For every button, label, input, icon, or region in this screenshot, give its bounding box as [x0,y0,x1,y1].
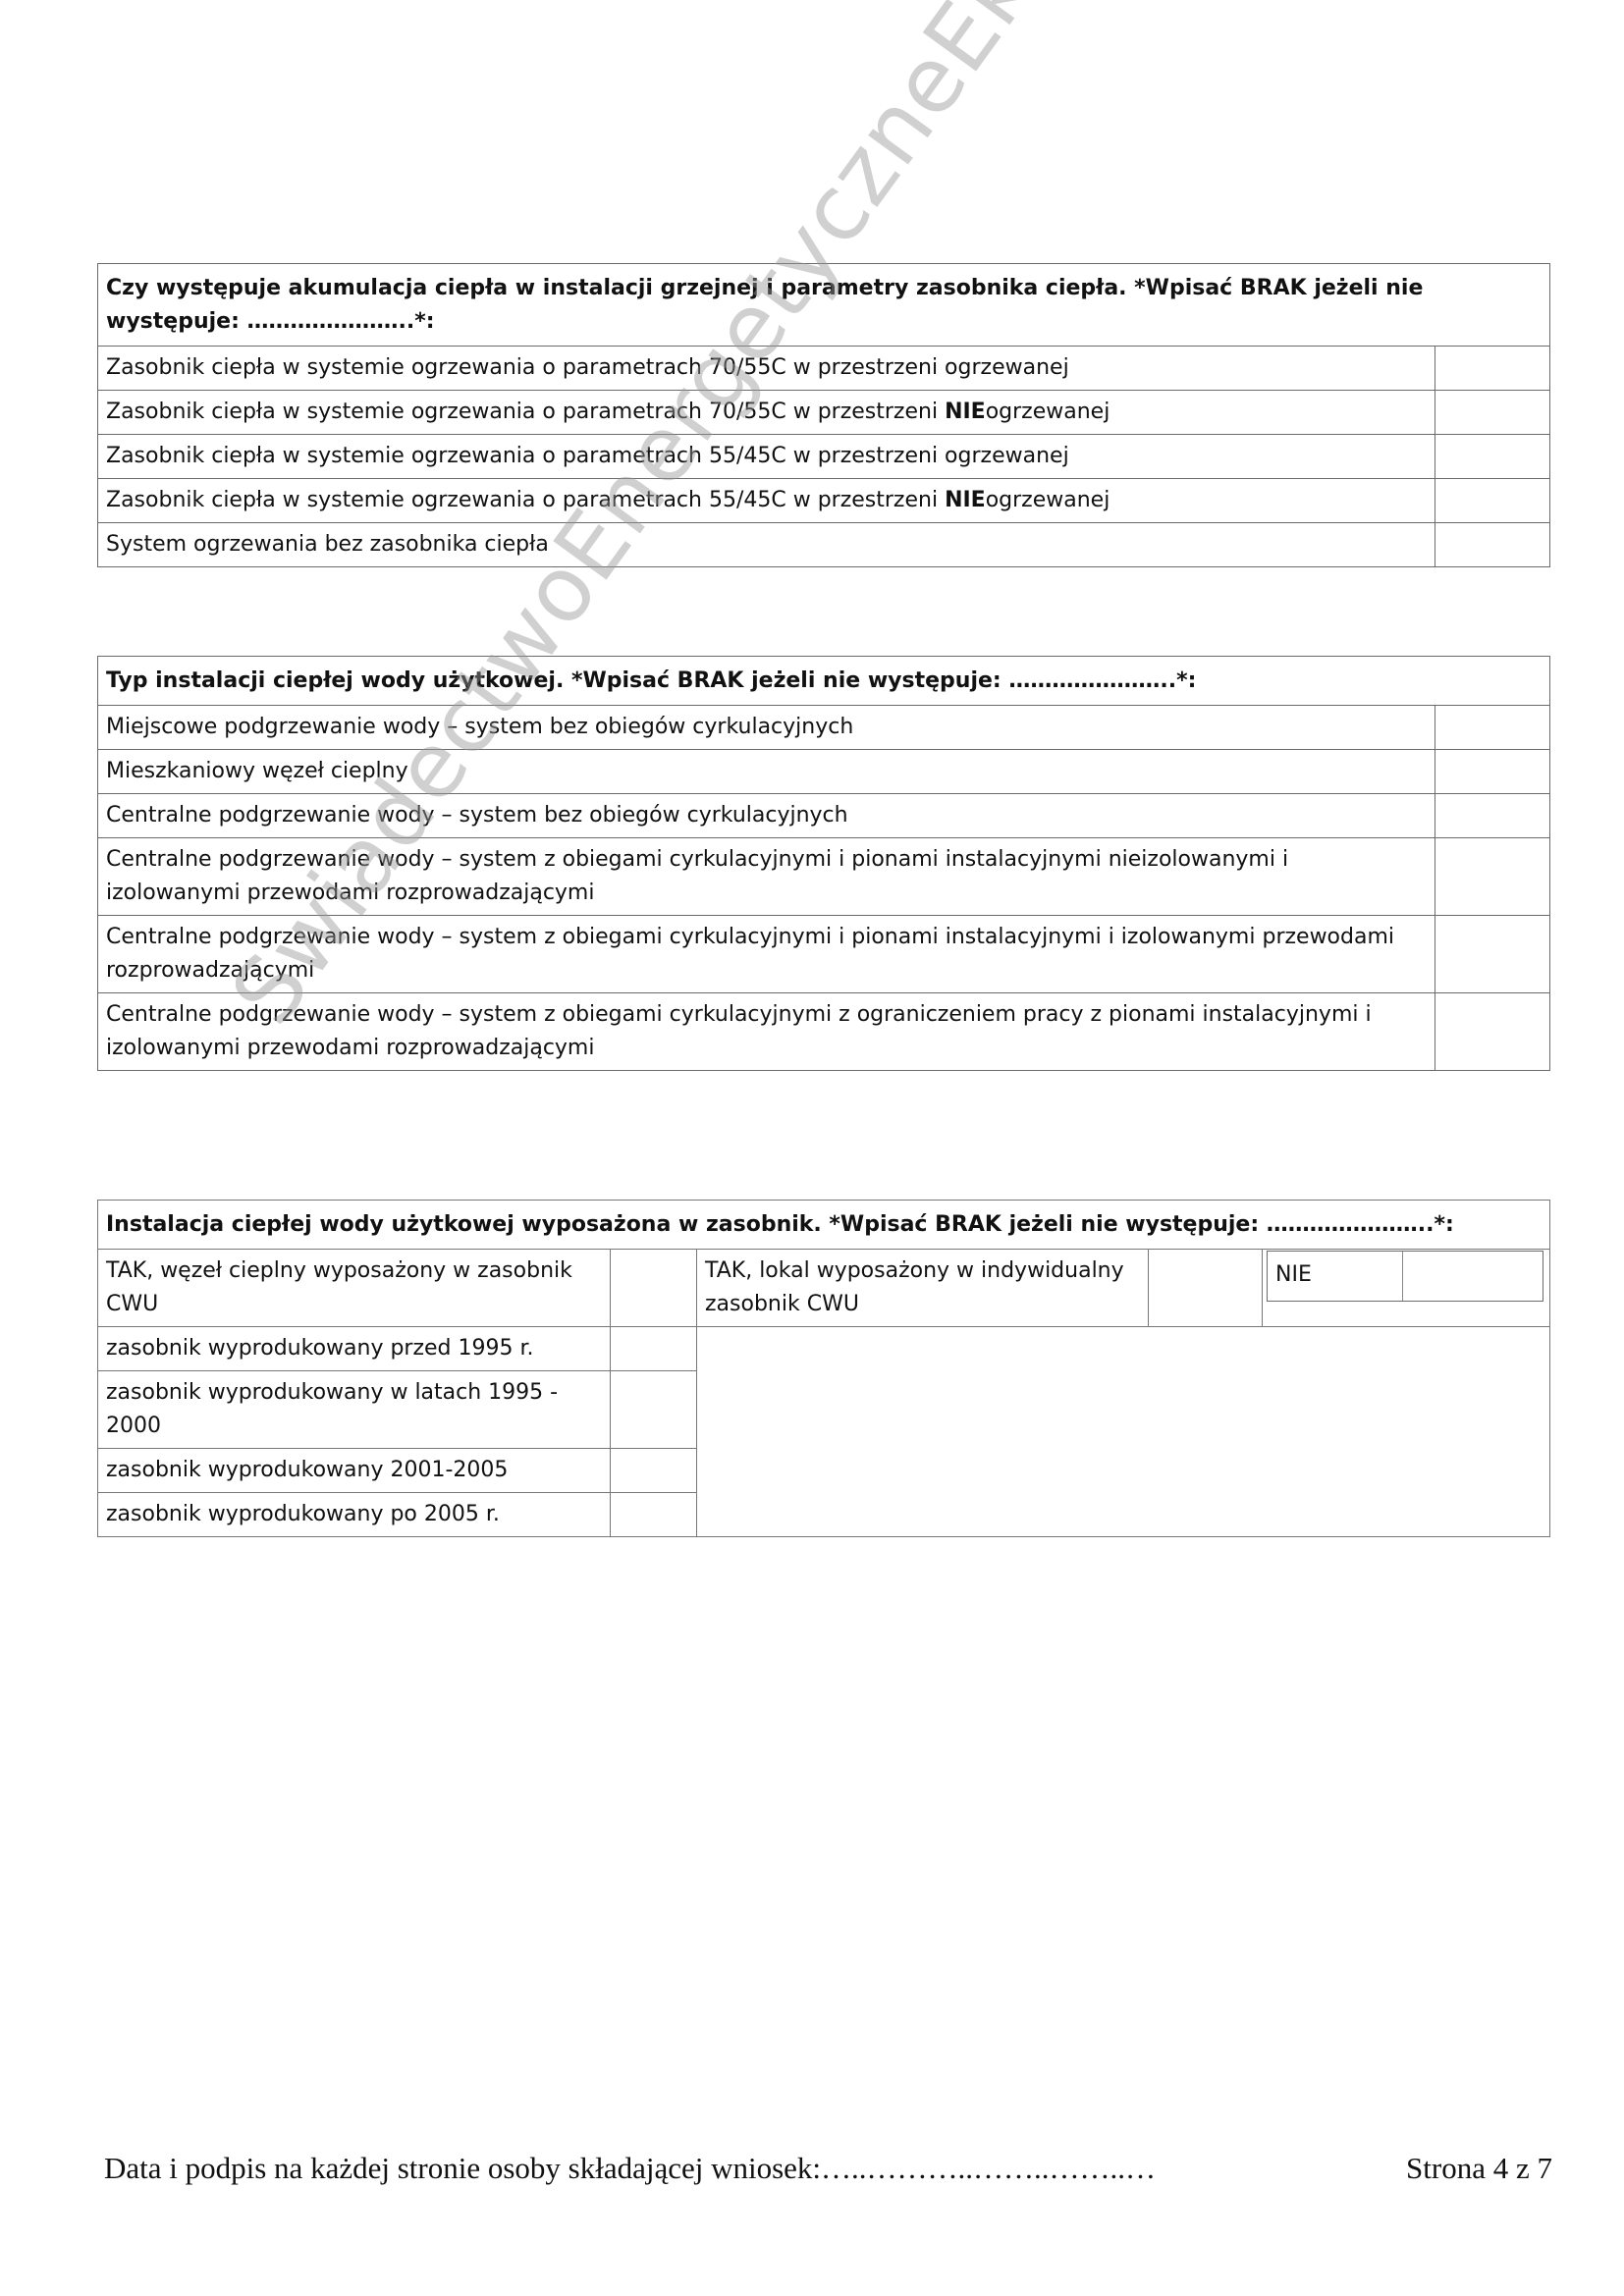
option-label: Centralne podgrzewanie wody – system bez… [98,794,1435,838]
table-row: Miejscowe podgrzewanie wody – system bez… [98,706,1550,750]
option-label: Miejscowe podgrzewanie wody – system bez… [98,706,1435,750]
signature-field[interactable]: Data i podpis na każdej stronie osoby sk… [104,2151,1156,2185]
table-row: Zasobnik ciepła w systemie ogrzewania o … [98,479,1550,523]
option-label: Centralne podgrzewanie wody – system z o… [98,993,1435,1071]
option-checkbox-cell[interactable] [1435,993,1549,1071]
heat-storage-header: Czy występuje akumulacja ciepła w instal… [98,264,1550,347]
tank-age-checkbox-cell[interactable] [611,1449,697,1493]
table-row: Centralne podgrzewanie wody – system bez… [98,794,1550,838]
table-row: zasobnik wyprodukowany przed 1995 r. [98,1327,1550,1371]
tank-age-checkbox-cell[interactable] [611,1327,697,1371]
option-label: Zasobnik ciepła w systemie ogrzewania o … [98,391,1435,435]
option-individual-tank-label: TAK, lokal wyposażony w indywidualny zas… [697,1250,1149,1327]
tank-age-label: zasobnik wyprodukowany w latach 1995 - 2… [98,1371,611,1449]
option-label: Mieszkaniowy węzeł cieplny [98,750,1435,794]
hot-water-tank-table: Instalacja ciepłej wody użytkowej wyposa… [97,1200,1550,1537]
option-label: Zasobnik ciepła w systemie ogrzewania o … [98,435,1435,479]
heat-storage-table: Czy występuje akumulacja ciepła w instal… [97,263,1550,567]
table-row: Centralne podgrzewanie wody – system z o… [98,993,1550,1071]
option-checkbox-cell[interactable] [1435,916,1549,993]
table-row: Zasobnik ciepła w systemie ogrzewania o … [98,435,1550,479]
option-node-tank-checkbox-cell[interactable] [611,1250,697,1327]
tank-age-checkbox-cell[interactable] [611,1371,697,1449]
option-checkbox-cell[interactable] [1435,838,1549,916]
option-checkbox-cell[interactable] [1435,347,1550,391]
option-checkbox-cell[interactable] [1435,391,1550,435]
option-checkbox-cell[interactable] [1435,523,1550,567]
option-label: Centralne podgrzewanie wody – system z o… [98,916,1435,993]
hot-water-type-table: Typ instalacji ciepłej wody użytkowej. *… [97,656,1550,1071]
hot-water-tank-header: Instalacja ciepłej wody użytkowej wyposa… [98,1201,1550,1250]
option-no-checkbox-cell[interactable] [1403,1252,1543,1301]
page-footer: Data i podpis na każdej stronie osoby sk… [104,2151,1552,2186]
option-label: Zasobnik ciepła w systemie ogrzewania o … [98,347,1435,391]
table-row: Centralne podgrzewanie wody – system z o… [98,838,1550,916]
option-label: Centralne podgrzewanie wody – system z o… [98,838,1435,916]
tank-age-checkbox-cell[interactable] [611,1493,697,1537]
option-no-box: NIE [1267,1251,1543,1302]
option-checkbox-cell[interactable] [1435,435,1550,479]
option-checkbox-cell[interactable] [1435,706,1549,750]
option-label: System ogrzewania bez zasobnika ciepła [98,523,1435,567]
tank-age-label: zasobnik wyprodukowany po 2005 r. [98,1493,611,1537]
option-checkbox-cell[interactable] [1435,794,1549,838]
table-row: Zasobnik ciepła w systemie ogrzewania o … [98,391,1550,435]
page-number: Strona 4 z 7 [1406,2151,1552,2186]
hot-water-type-header: Typ instalacji ciepłej wody użytkowej. *… [98,657,1550,706]
table-row: System ogrzewania bez zasobnika ciepła [98,523,1550,567]
empty-area [697,1327,1550,1537]
option-node-tank-label: TAK, węzeł cieplny wyposażony w zasobnik… [98,1250,611,1327]
option-individual-tank-checkbox-cell[interactable] [1149,1250,1263,1327]
table-row: Zasobnik ciepła w systemie ogrzewania o … [98,347,1550,391]
table-row: TAK, węzeł cieplny wyposażony w zasobnik… [98,1250,1550,1327]
tank-age-label: zasobnik wyprodukowany przed 1995 r. [98,1327,611,1371]
option-label: Zasobnik ciepła w systemie ogrzewania o … [98,479,1435,523]
option-no-cell: NIE [1263,1250,1550,1327]
option-no-label: NIE [1268,1252,1403,1301]
table-row: Centralne podgrzewanie wody – system z o… [98,916,1550,993]
table-row: Mieszkaniowy węzeł cieplny [98,750,1550,794]
option-checkbox-cell[interactable] [1435,750,1549,794]
option-checkbox-cell[interactable] [1435,479,1550,523]
tank-age-label: zasobnik wyprodukowany 2001-2005 [98,1449,611,1493]
